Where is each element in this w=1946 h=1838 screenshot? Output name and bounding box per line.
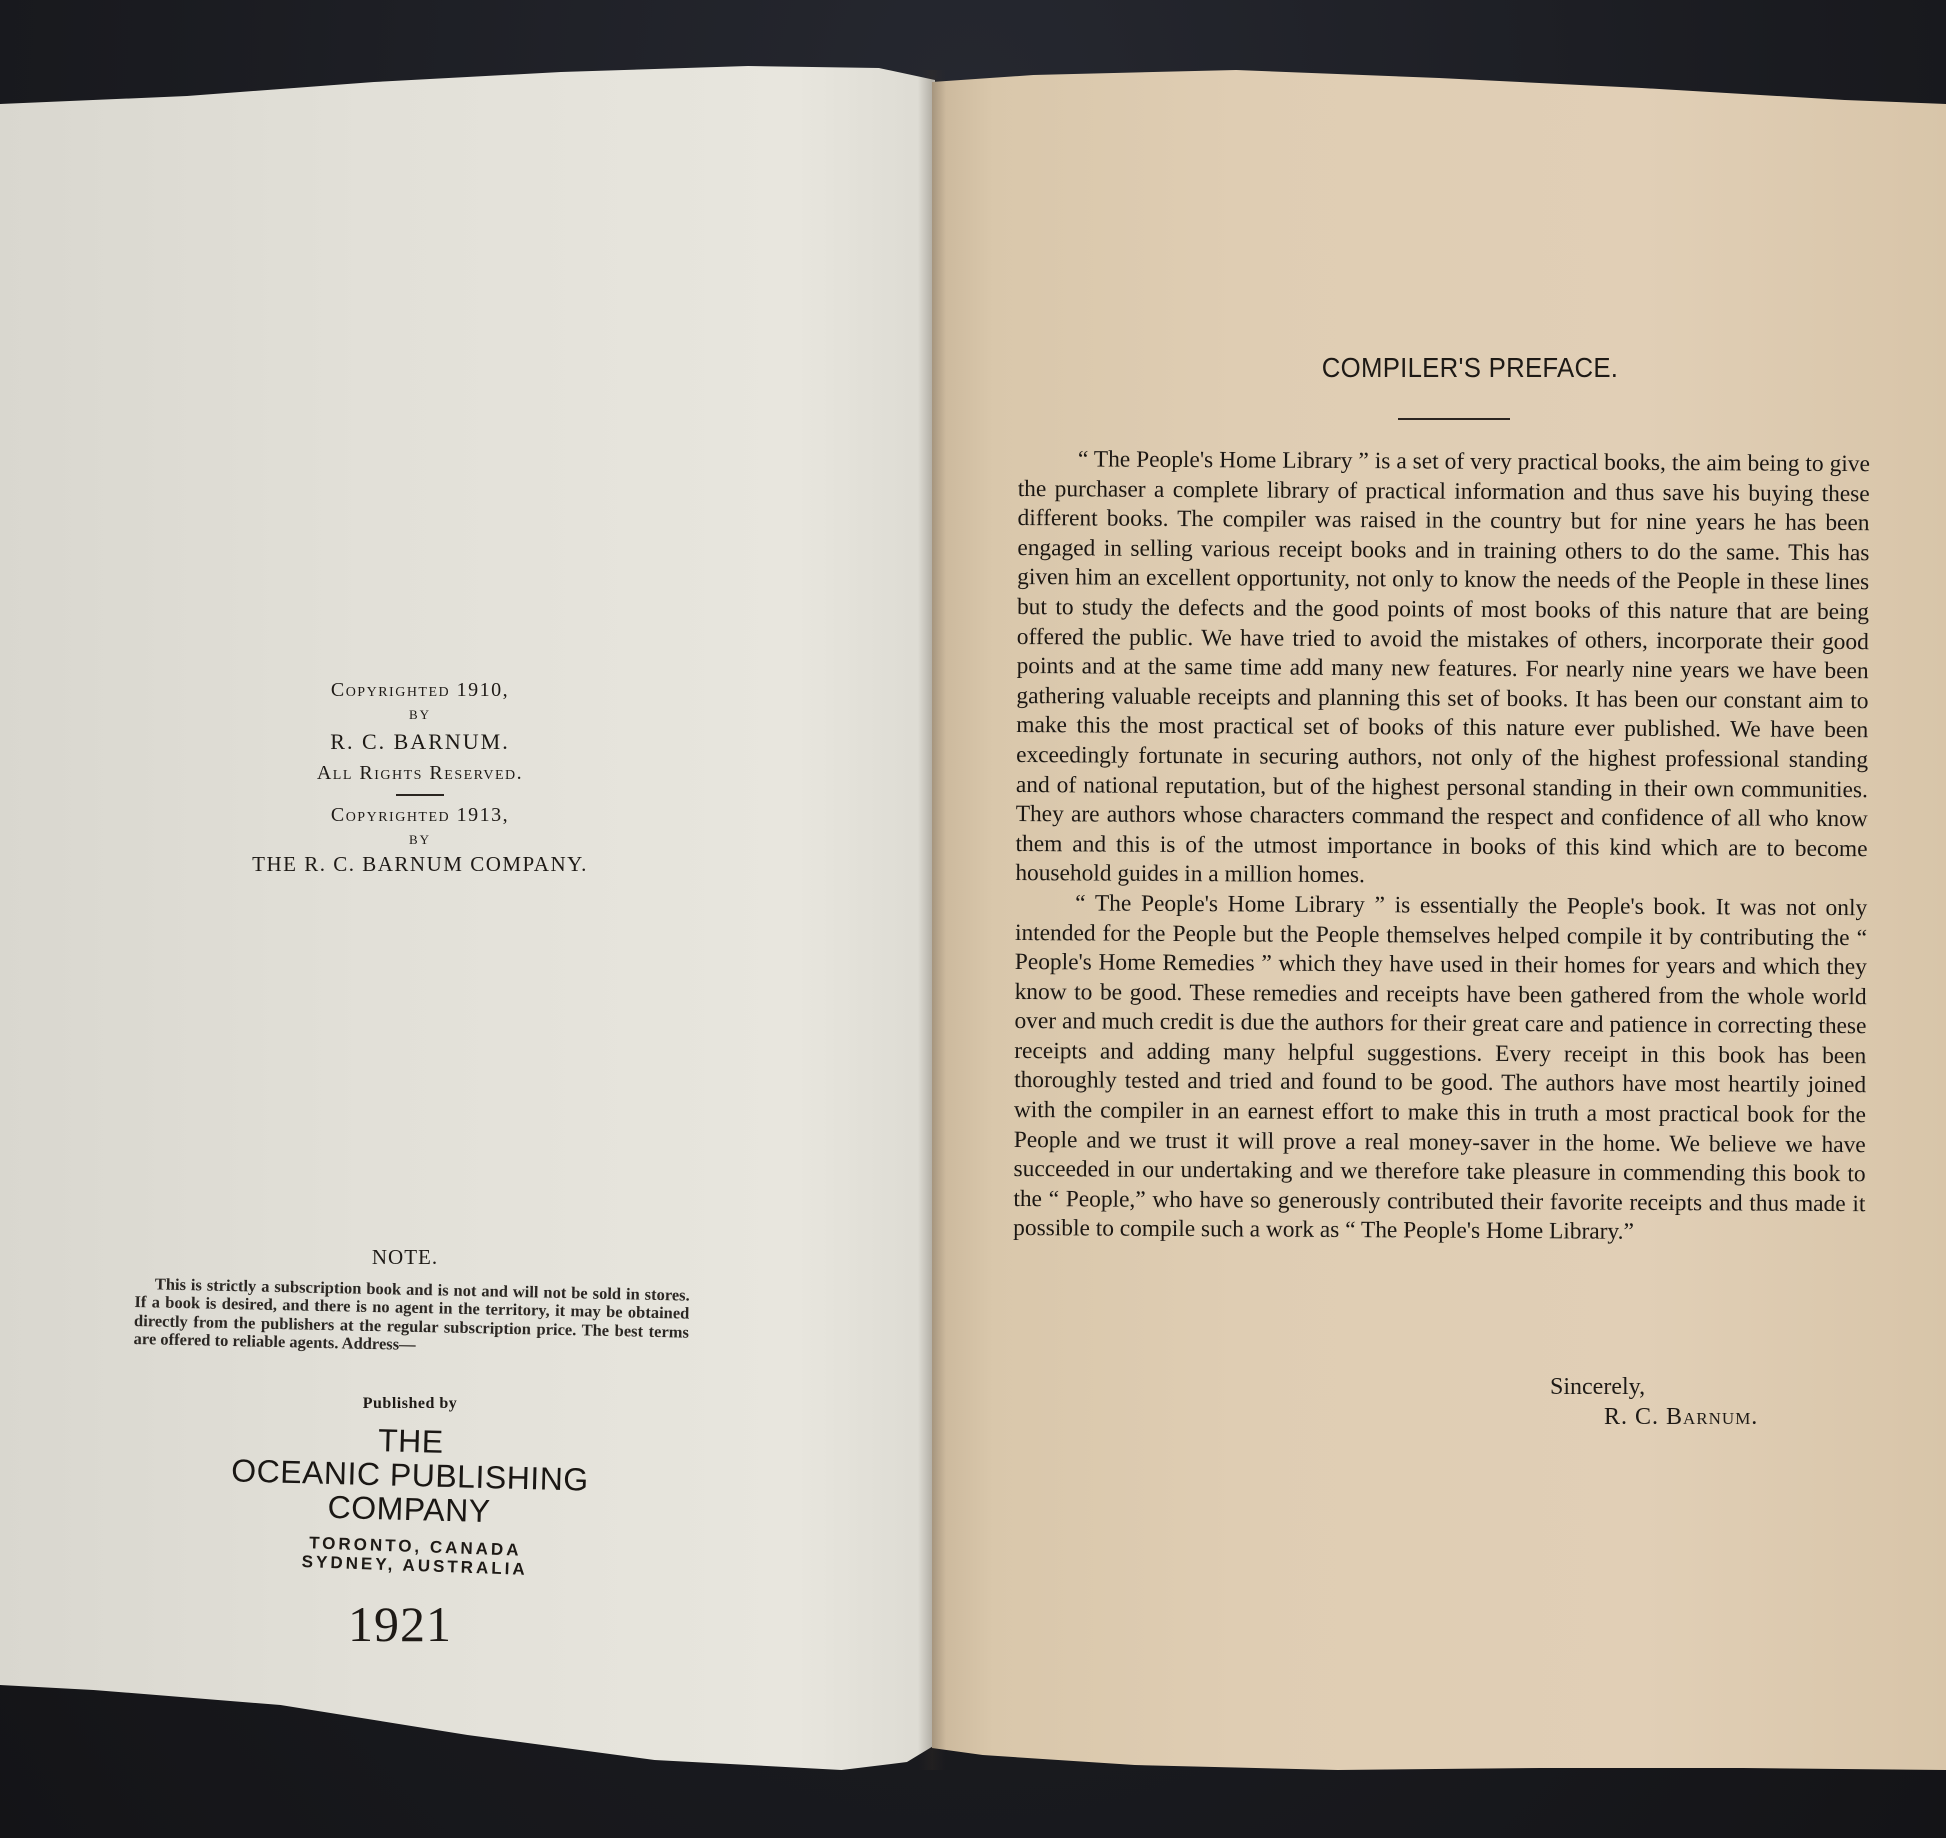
published-by-label: Published by [300,1395,520,1413]
copyright-author: R. C. BARNUM. [200,725,640,758]
copyright-line-1910: Copyrighted 1910, [200,675,640,705]
preface-title: COMPILER'S PREFACE. [1240,352,1700,384]
preface-paragraph: “ The People's Home Library ” is a set o… [1015,445,1870,894]
note-body: This is strictly a subscription book and… [133,1275,689,1360]
publisher-name: THE OCEANIC PUBLISHING COMPANY [199,1420,622,1533]
signoff: Sincerely, R. C. Barnum. [1550,1372,1850,1432]
note-heading: NOTE. [300,1245,510,1270]
copyright-by-1: BY [200,705,640,725]
copyright-by-2: BY [200,830,640,850]
closing: Sincerely, [1550,1372,1850,1402]
preface-body: “ The People's Home Library ” is a set o… [1013,445,1870,1249]
copyright-block: Copyrighted 1910, BY R. C. BARNUM. All R… [200,675,640,881]
copyright-company: THE R. C. BARNUM COMPANY. [200,849,640,881]
publication-year: 1921 [300,1595,500,1653]
signature: R. C. Barnum. [1550,1402,1850,1432]
copyright-divider [396,794,444,796]
all-rights-reserved: All Rights Reserved. [200,758,640,788]
copyright-line-1913: Copyrighted 1913, [200,800,640,830]
title-rule [1398,418,1510,420]
preface-paragraph: “ The People's Home Library ” is essenti… [1013,889,1867,1249]
book-gutter [918,70,946,1770]
